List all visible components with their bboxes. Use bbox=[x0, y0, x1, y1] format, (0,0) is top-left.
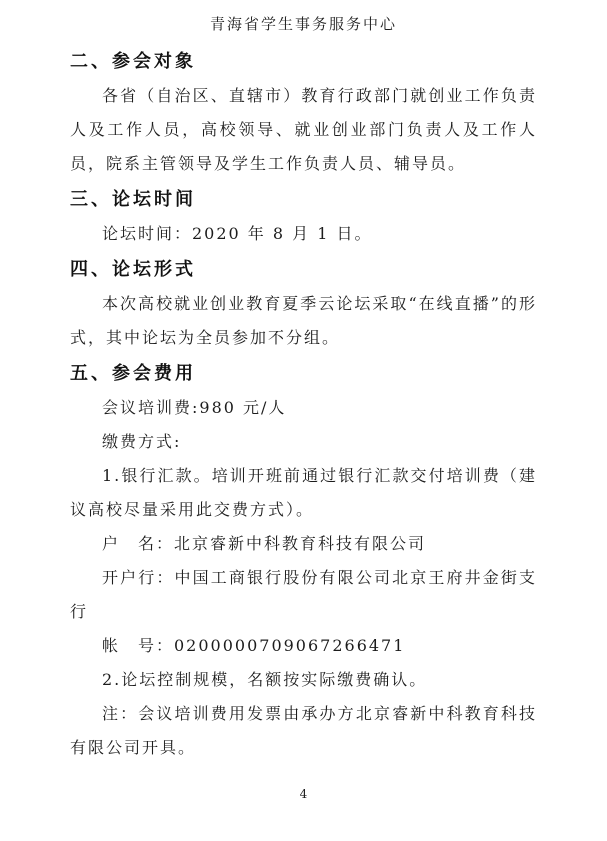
paragraph-forum-time: 论坛时间：2020 年 8 月 1 日。 bbox=[70, 217, 537, 251]
paragraph-fee-amount: 会议培训费:980 元/人 bbox=[70, 391, 537, 425]
page-header-title: 青海省学生事务服务中心 bbox=[0, 0, 607, 35]
paragraph-forum-format: 本次高校就业创业教育夏季云论坛采取“在线直播”的形式，其中论坛为全员参加不分组。 bbox=[70, 287, 537, 355]
document-content: 二、参会对象 各省（自治区、直辖市）教育行政部门就创业工作负责人及工作人员，高校… bbox=[70, 45, 537, 765]
section-heading-forum-format: 四、论坛形式 bbox=[70, 253, 537, 287]
paragraph-payment-method-label: 缴费方式: bbox=[70, 425, 537, 459]
paragraph-bank-branch: 开户行：中国工商银行股份有限公司北京王府井金街支行 bbox=[70, 561, 537, 629]
document-page: 青海省学生事务服务中心 二、参会对象 各省（自治区、直辖市）教育行政部门就创业工… bbox=[0, 0, 607, 841]
section-heading-attendees: 二、参会对象 bbox=[70, 45, 537, 79]
paragraph-bank-transfer: 1.银行汇款。培训开班前通过银行汇款交付培训费（建议高校尽量采用此交费方式）。 bbox=[70, 459, 537, 527]
paragraph-attendees: 各省（自治区、直辖市）教育行政部门就创业工作负责人及工作人员，高校领导、就业创业… bbox=[70, 79, 537, 181]
paragraph-scale-note: 2.论坛控制规模，名额按实际缴费确认。 bbox=[70, 663, 537, 697]
paragraph-account-number: 帐 号：0200000709067266471 bbox=[70, 629, 537, 663]
paragraph-account-name: 户 名：北京睿新中科教育科技有限公司 bbox=[70, 527, 537, 561]
section-heading-fees: 五、参会费用 bbox=[70, 357, 537, 391]
page-number: 4 bbox=[0, 787, 607, 801]
section-heading-forum-time: 三、论坛时间 bbox=[70, 183, 537, 217]
paragraph-invoice-note: 注：会议培训费用发票由承办方北京睿新中科教育科技有限公司开具。 bbox=[70, 697, 537, 765]
